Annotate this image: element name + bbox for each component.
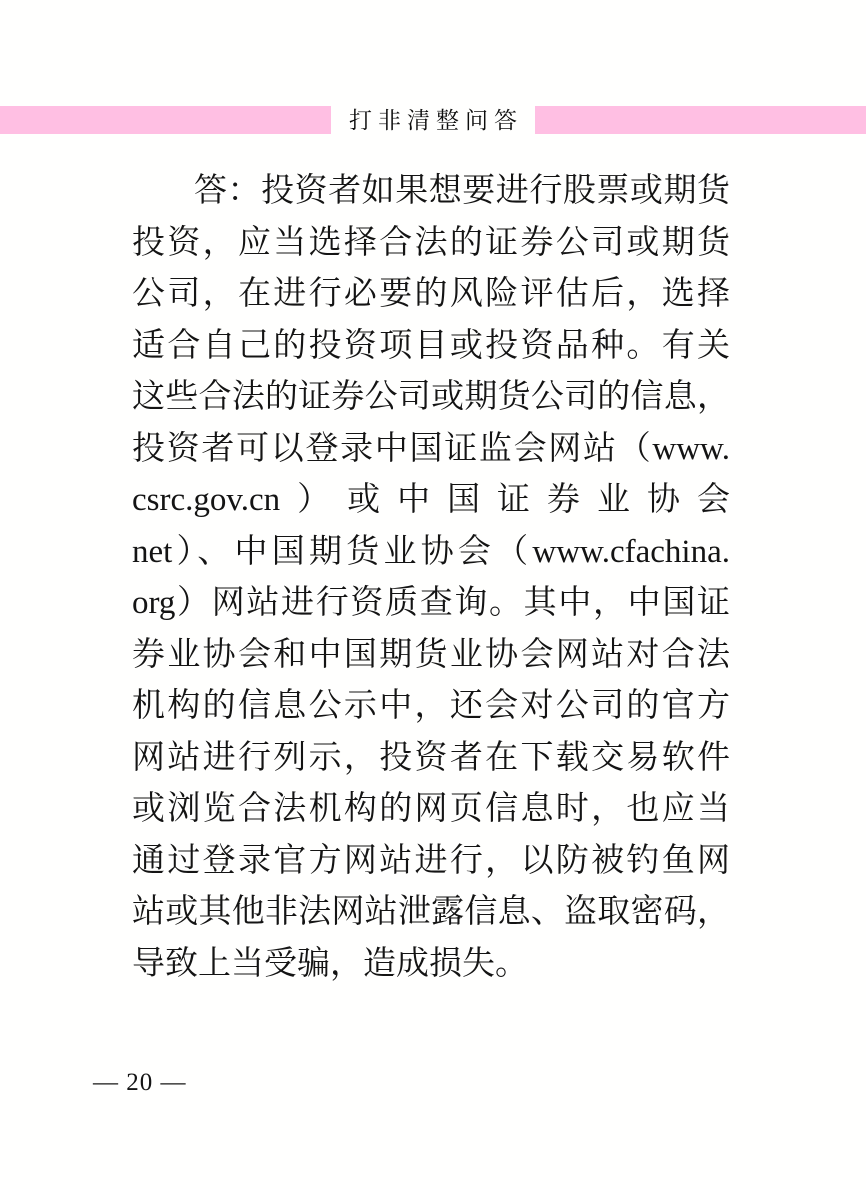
text-line: csrc.gov.cn）或中国证券业协会（www.sac.	[132, 475, 730, 527]
text-line: 或浏览合法机构的网页信息时，也应当	[132, 784, 730, 836]
text-line: 投资，应当选择合法的证券公司或期货	[132, 218, 730, 270]
text-line: net）、中国期货业协会（www.cfachina.	[132, 527, 730, 579]
text-line: 这些合法的证券公司或期货公司的信息，	[132, 372, 730, 424]
page-number: — 20 —	[93, 1066, 187, 1100]
text-line: 机构的信息公示中，还会对公司的官方	[132, 681, 730, 733]
header-bar-left	[0, 106, 331, 134]
text-line: 适合自己的投资项目或投资品种。有关	[132, 321, 730, 373]
page-header: 打非清整问答	[0, 106, 866, 134]
text-line: 通过登录官方网站进行，以防被钓鱼网	[132, 836, 730, 888]
text-line: 答：投资者如果想要进行股票或期货	[132, 166, 730, 218]
text-line: 投资者可以登录中国证监会网站（www.	[132, 424, 730, 476]
text-line: 网站进行列示，投资者在下载交易软件	[132, 733, 730, 785]
book-page: 打非清整问答 答：投资者如果想要进行股票或期货投资，应当选择合法的证券公司或期货…	[0, 0, 866, 1189]
text-line: 券业协会和中国期货业协会网站对合法	[132, 630, 730, 682]
text-line: org）网站进行资质查询。其中，中国证	[132, 578, 730, 630]
running-head-title: 打非清整问答	[331, 106, 535, 134]
header-bar-right	[535, 106, 866, 134]
text-line: 导致上当受骗，造成损失。	[132, 939, 730, 991]
text-line: 公司，在进行必要的风险评估后，选择	[132, 269, 730, 321]
answer-paragraph: 答：投资者如果想要进行股票或期货投资，应当选择合法的证券公司或期货公司，在进行必…	[132, 166, 730, 990]
text-line: 站或其他非法网站泄露信息、盗取密码，	[132, 887, 730, 939]
